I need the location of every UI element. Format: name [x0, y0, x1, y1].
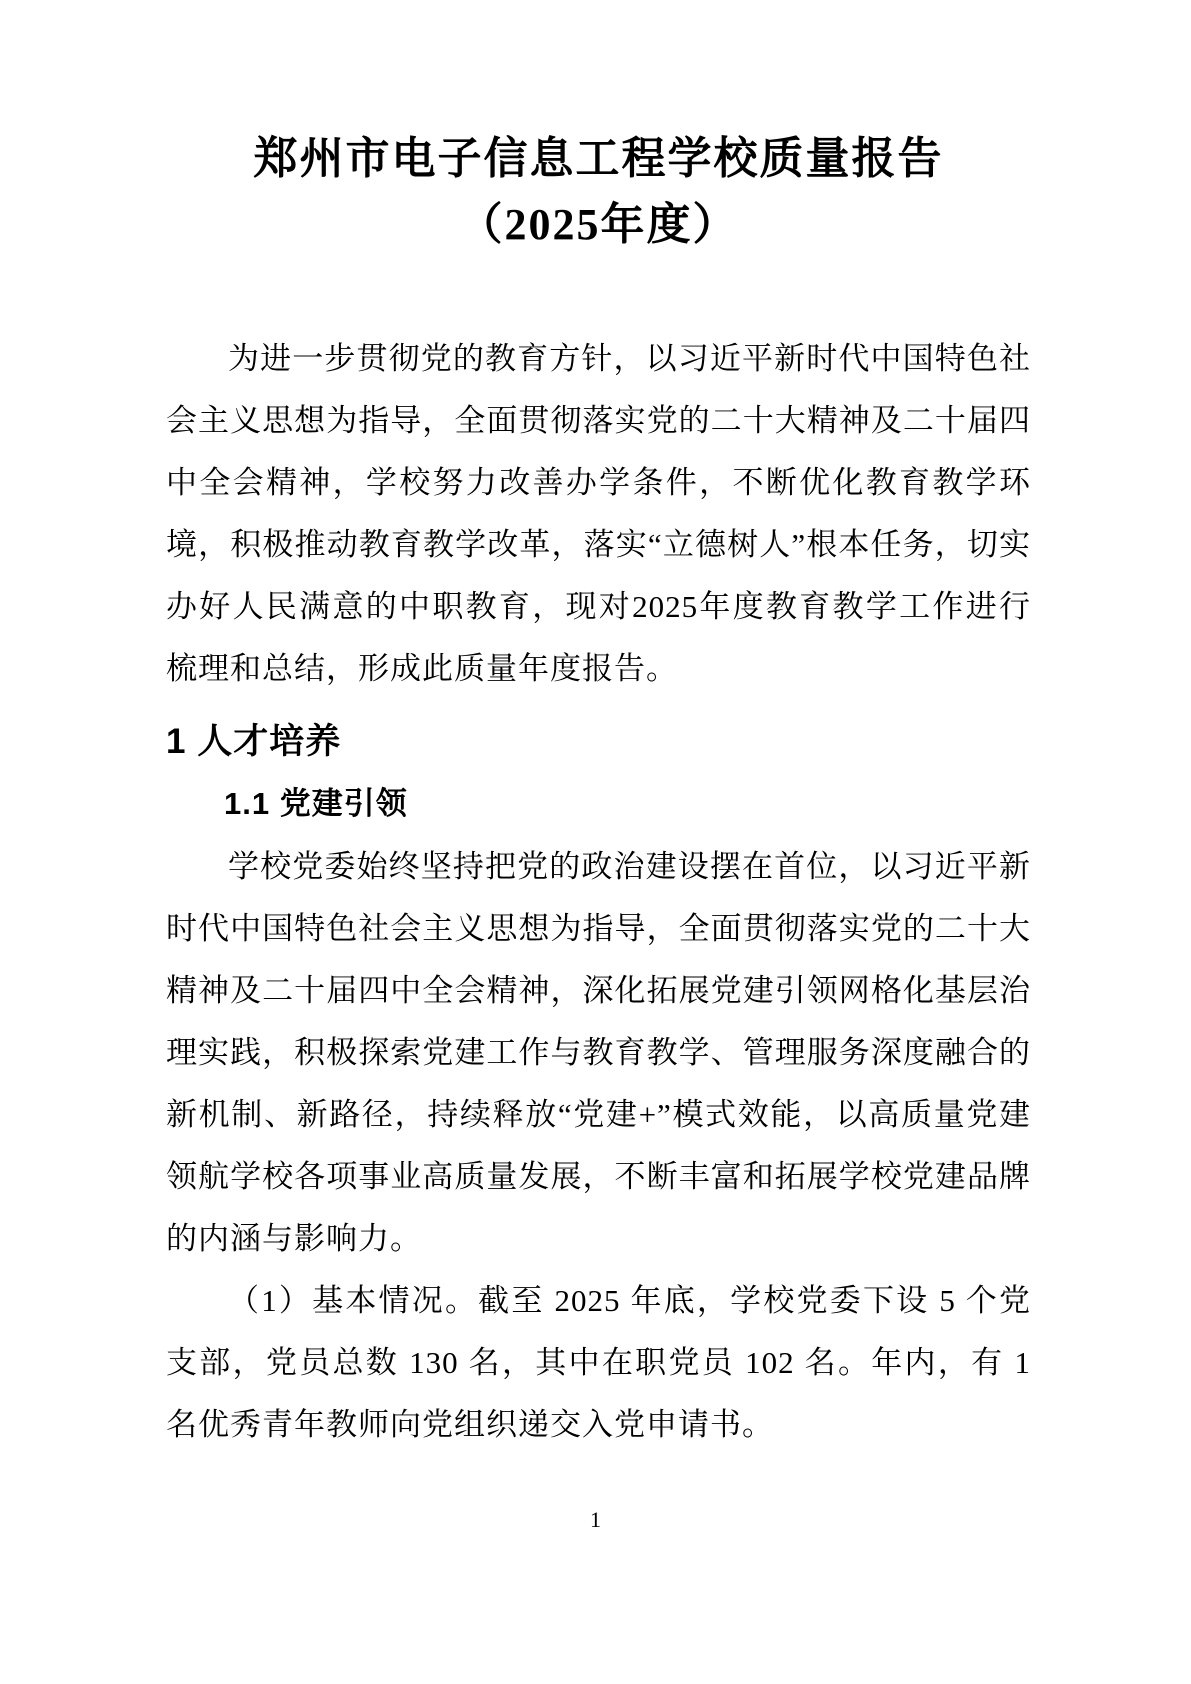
document-title-line-2: （2025年度）: [166, 192, 1031, 258]
document-title-line-1: 郑州市电子信息工程学校质量报告: [166, 126, 1031, 192]
section-1-1-paragraph-1: 学校党委始终坚持把党的政治建设摆在首位，以习近平新时代中国特色社会主义思想为指导…: [166, 836, 1031, 1270]
section-1-heading: 1 人才培养: [166, 718, 1031, 766]
page-number: 1: [590, 1507, 601, 1532]
section-1-1-paragraph-2: （1）基本情况。截至 2025 年底，学校党委下设 5 个党支部，党员总数 13…: [166, 1270, 1031, 1456]
document-title: 郑州市电子信息工程学校质量报告 （2025年度）: [166, 126, 1031, 258]
document-page: 郑州市电子信息工程学校质量报告 （2025年度） 为进一步贯彻党的教育方针，以习…: [0, 0, 1191, 1684]
intro-paragraph: 为进一步贯彻党的教育方针，以习近平新时代中国特色社会主义思想为指导，全面贯彻落实…: [166, 328, 1031, 700]
page-footer: 1: [0, 1508, 1191, 1532]
section-1-1-heading: 1.1 党建引领: [224, 782, 1031, 826]
